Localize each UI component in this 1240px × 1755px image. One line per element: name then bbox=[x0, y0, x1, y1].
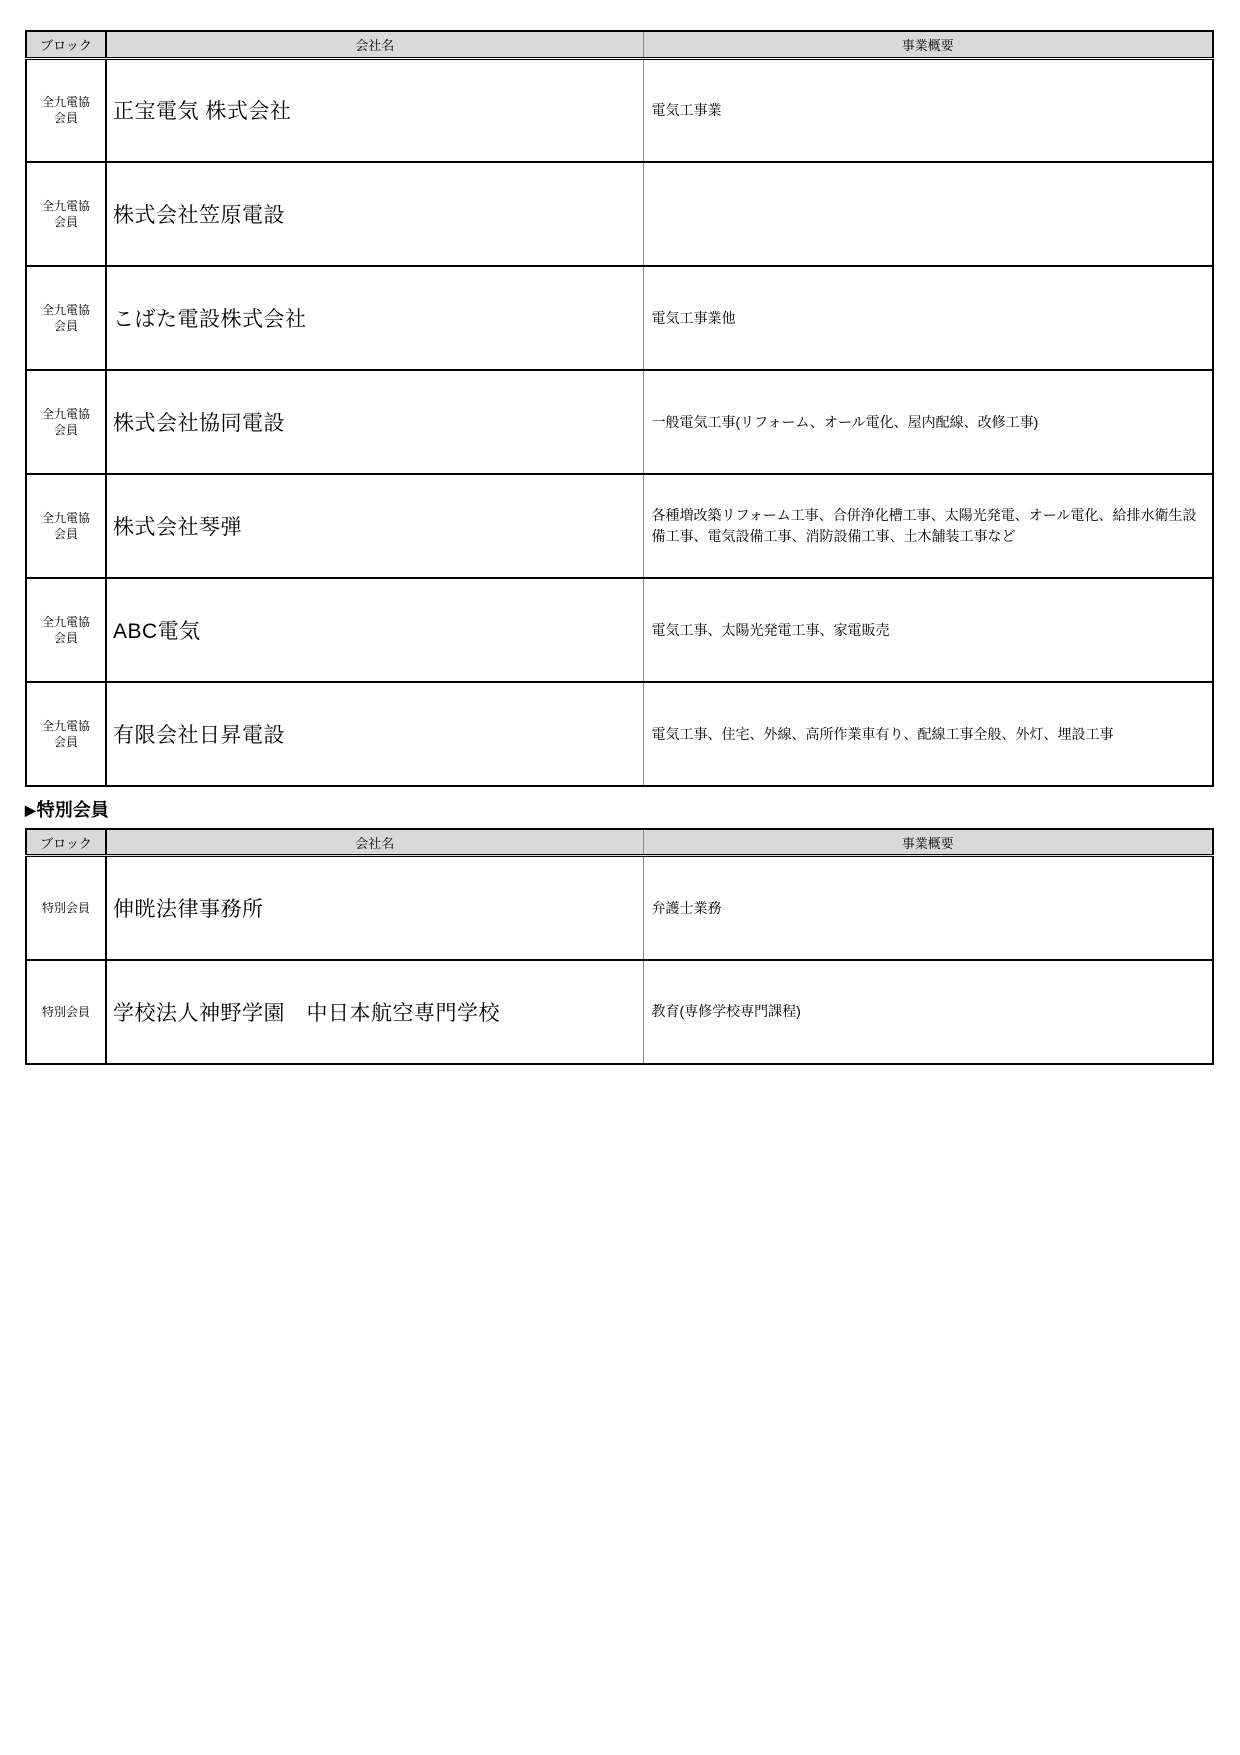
table-row: 全九電協 会員 ABC電気 電気工事、太陽光発電工事、家電販売 bbox=[26, 578, 1213, 682]
company-name: 正宝電気 株式会社 bbox=[106, 58, 643, 162]
block-label: 特別会員 bbox=[26, 856, 106, 960]
company-name: 伸晄法律事務所 bbox=[106, 856, 643, 960]
table-row: 全九電協 会員 こばた電設株式会社 電気工事業他 bbox=[26, 266, 1213, 370]
column-header-overview: 事業概要 bbox=[643, 31, 1213, 58]
business-overview: 各種増改築リフォーム工事、合併浄化槽工事、太陽光発電、オール電化、給排水衛生設備… bbox=[643, 474, 1213, 578]
business-overview: 電気工事、太陽光発電工事、家電販売 bbox=[643, 578, 1213, 682]
special-members-table: ブロック 会社名 事業概要 特別会員 伸晄法律事務所 弁護士業務 特別会員 学校… bbox=[25, 828, 1214, 1065]
table-row: 特別会員 伸晄法律事務所 弁護士業務 bbox=[26, 856, 1213, 960]
block-label: 全九電協 会員 bbox=[26, 370, 106, 474]
company-name: 有限会社日昇電設 bbox=[106, 682, 643, 786]
column-header-overview: 事業概要 bbox=[643, 829, 1213, 856]
business-overview: 電気工事業 bbox=[643, 58, 1213, 162]
business-overview: 弁護士業務 bbox=[643, 856, 1213, 960]
table-row: 全九電協 会員 有限会社日昇電設 電気工事、住宅、外線、高所作業車有り、配線工事… bbox=[26, 682, 1213, 786]
block-label: 全九電協 会員 bbox=[26, 578, 106, 682]
company-name: ABC電気 bbox=[106, 578, 643, 682]
block-label: 全九電協 会員 bbox=[26, 162, 106, 266]
members-table-header: ブロック 会社名 事業概要 bbox=[26, 31, 1213, 58]
business-overview bbox=[643, 162, 1213, 266]
business-overview: 一般電気工事(リフォーム、オール電化、屋内配線、改修工事) bbox=[643, 370, 1213, 474]
table-row: 全九電協 会員 正宝電気 株式会社 電気工事業 bbox=[26, 58, 1213, 162]
block-label: 全九電協 会員 bbox=[26, 474, 106, 578]
block-label: 特別会員 bbox=[26, 960, 106, 1064]
table-row: 特別会員 学校法人神野学園 中日本航空専門学校 教育(専修学校専門課程) bbox=[26, 960, 1213, 1064]
company-name: 株式会社協同電設 bbox=[106, 370, 643, 474]
document-page: ブロック 会社名 事業概要 全九電協 会員 正宝電気 株式会社 電気工事業 全九… bbox=[0, 0, 1240, 1755]
block-label: 全九電協 会員 bbox=[26, 266, 106, 370]
company-name: こばた電設株式会社 bbox=[106, 266, 643, 370]
block-label: 全九電協 会員 bbox=[26, 682, 106, 786]
table-row: 全九電協 会員 株式会社笠原電設 bbox=[26, 162, 1213, 266]
business-overview: 電気工事、住宅、外線、高所作業車有り、配線工事全般、外灯、埋設工事 bbox=[643, 682, 1213, 786]
company-name: 株式会社笠原電設 bbox=[106, 162, 643, 266]
table-row: 全九電協 会員 株式会社琴弾 各種増改築リフォーム工事、合併浄化槽工事、太陽光発… bbox=[26, 474, 1213, 578]
column-header-block: ブロック bbox=[26, 31, 106, 58]
business-overview: 電気工事業他 bbox=[643, 266, 1213, 370]
special-members-table-header: ブロック 会社名 事業概要 bbox=[26, 829, 1213, 856]
triangle-marker-icon: ▶ bbox=[25, 803, 36, 818]
column-header-company: 会社名 bbox=[106, 829, 643, 856]
company-name: 株式会社琴弾 bbox=[106, 474, 643, 578]
members-table: ブロック 会社名 事業概要 全九電協 会員 正宝電気 株式会社 電気工事業 全九… bbox=[25, 30, 1214, 787]
column-header-company: 会社名 bbox=[106, 31, 643, 58]
table-row: 全九電協 会員 株式会社協同電設 一般電気工事(リフォーム、オール電化、屋内配線… bbox=[26, 370, 1213, 474]
company-name: 学校法人神野学園 中日本航空専門学校 bbox=[106, 960, 643, 1064]
business-overview: 教育(専修学校専門課程) bbox=[643, 960, 1213, 1064]
section-heading-label: 特別会員 bbox=[37, 801, 109, 821]
block-label: 全九電協 会員 bbox=[26, 58, 106, 162]
column-header-block: ブロック bbox=[26, 829, 106, 856]
section-heading-special-members: ▶特別会員 bbox=[25, 801, 1212, 821]
